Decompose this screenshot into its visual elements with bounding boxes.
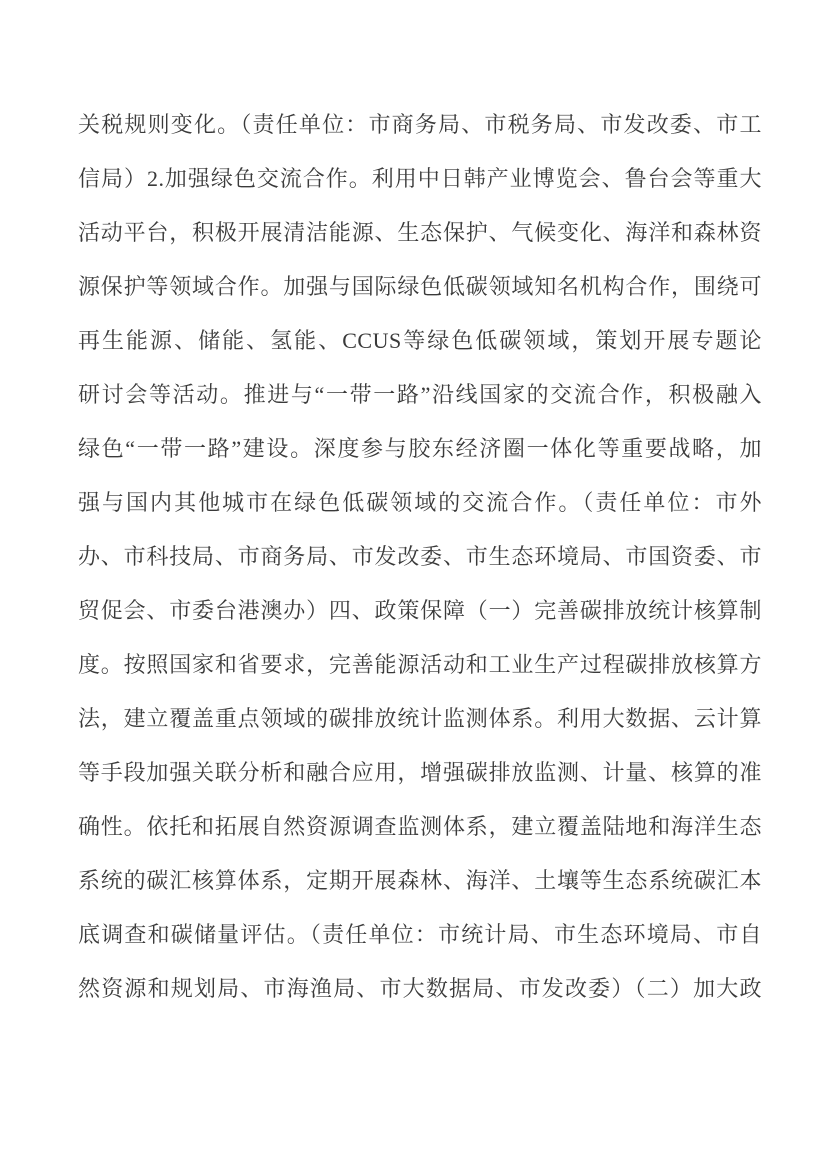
text-line-3: 活动平台，积极开展清洁能源、生态保护、气候变化、海洋和森林资 — [78, 206, 762, 260]
text-line-17: 然资源和规划局、市海渔局、市大数据局、市发改委）（二）加大政 — [78, 962, 762, 1016]
document-page: 关税规则变化。（责任单位：市商务局、市税务局、市发改委、市工 信局）2.加强绿色… — [0, 0, 826, 1169]
text-line-6: 研讨会等活动。推进与“一带一路”沿线国家的交流合作，积极融入 — [78, 368, 762, 422]
text-line-1: 关税规则变化。（责任单位：市商务局、市税务局、市发改委、市工 — [78, 98, 762, 152]
text-line-4: 源保护等领域合作。加强与国际绿色低碳领域知名机构合作，围绕可 — [78, 260, 762, 314]
text-line-15: 系统的碳汇核算体系，定期开展森林、海洋、土壤等生态系统碳汇本 — [78, 854, 762, 908]
text-line-11: 度。按照国家和省要求，完善能源活动和工业生产过程碳排放核算方 — [78, 638, 762, 692]
text-line-13: 等手段加强关联分析和融合应用，增强碳排放监测、计量、核算的准 — [78, 746, 762, 800]
text-line-7: 绿色“一带一路”建设。深度参与胶东经济圈一体化等重要战略，加 — [78, 422, 762, 476]
text-line-12: 法，建立覆盖重点领域的碳排放统计监测体系。利用大数据、云计算 — [78, 692, 762, 746]
text-line-16: 底调查和碳储量评估。（责任单位：市统计局、市生态环境局、市自 — [78, 908, 762, 962]
text-line-14: 确性。依托和拓展自然资源调查监测体系，建立覆盖陆地和海洋生态 — [78, 800, 762, 854]
text-line-10: 贸促会、市委台港澳办）四、政策保障（一）完善碳排放统计核算制 — [78, 584, 762, 638]
text-line-5: 再生能源、储能、氢能、CCUS等绿色低碳领域，策划开展专题论坛、 — [78, 314, 762, 368]
text-line-9: 办、市科技局、市商务局、市发改委、市生态环境局、市国资委、市 — [78, 530, 762, 584]
document-text-block: 关税规则变化。（责任单位：市商务局、市税务局、市发改委、市工 信局）2.加强绿色… — [78, 98, 762, 1016]
text-line-2: 信局）2.加强绿色交流合作。利用中日韩产业博览会、鲁台会等重大 — [78, 152, 762, 206]
text-line-8: 强与国内其他城市在绿色低碳领域的交流合作。（责任单位：市外 — [78, 476, 762, 530]
